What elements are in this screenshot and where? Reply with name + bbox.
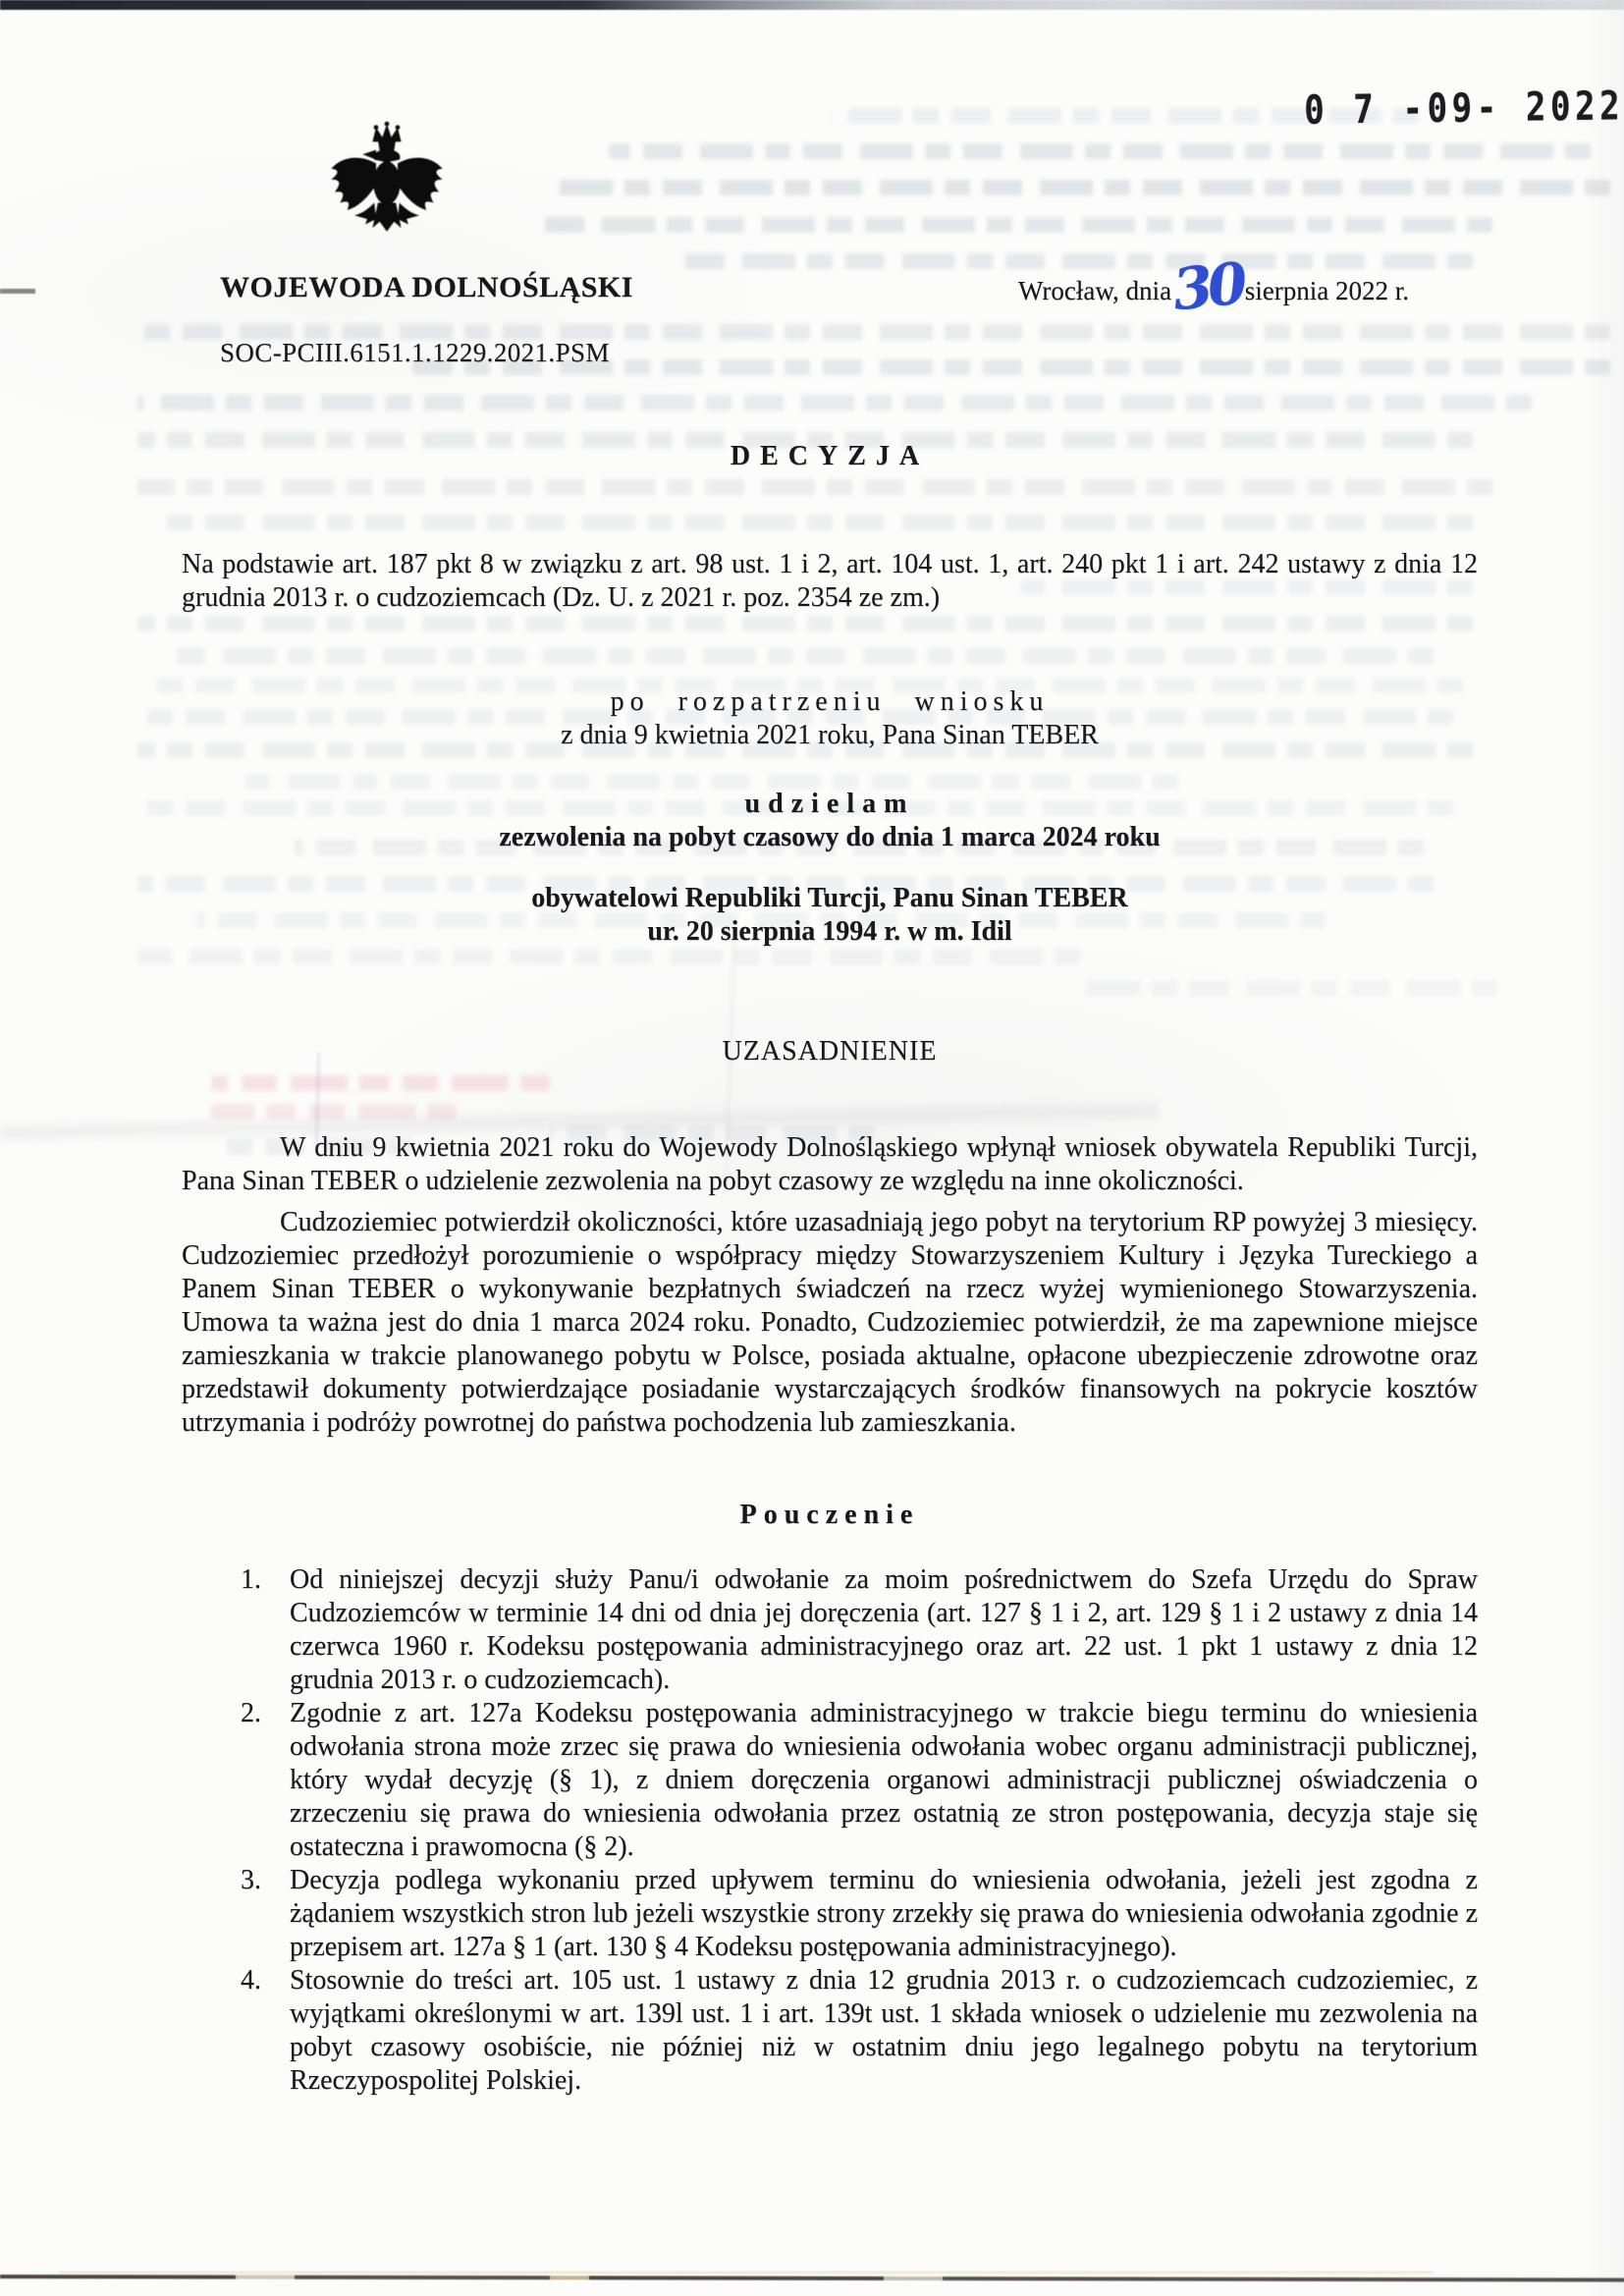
scan-left-dash [0, 289, 35, 294]
case-reference-number: SOC-PCIII.6151.1.1229.2021.PSM [220, 338, 610, 368]
application-info-line: z dnia 9 kwietnia 2021 roku, Pana Sinan … [182, 719, 1478, 752]
scan-bottom-edge [0, 2274, 1624, 2282]
instruction-item: 4. Stosownie do treści art. 105 ust. 1 u… [241, 1964, 1478, 2098]
text-bleed-through [137, 395, 1532, 410]
justification-paragraphs: W dniu 9 kwietnia 2021 roku do Wojewody … [182, 1131, 1478, 1455]
instruction-item: 2. Zgodnie z art. 127a Kodeksu postępowa… [241, 1697, 1478, 1864]
stamp-date-text: 0 7 -09- 2022 [1304, 83, 1624, 133]
instruction-item-text: Decyzja podlega wykonaniu przed upływem … [290, 1864, 1478, 1964]
instruction-item-number: 4. [241, 1964, 290, 2098]
scan-bottom-tint [59, 2271, 1434, 2273]
scan-top-edge [0, 0, 1624, 10]
document-body: DECYZJA Na podstawie art. 187 pkt 8 w zw… [182, 440, 1478, 2098]
text-bleed-through [545, 180, 1610, 195]
decision-title: DECYZJA [182, 440, 1478, 473]
instruction-item-text: Od niniejszej decyzji służy Panu/i odwoł… [290, 1563, 1478, 1697]
text-bleed-through [682, 253, 1473, 269]
justification-paragraph-1: W dniu 9 kwietnia 2021 roku do Wojewody … [182, 1131, 1478, 1198]
polish-eagle-emblem-icon [324, 120, 450, 255]
instruction-item-number: 3. [241, 1864, 290, 1964]
birth-info-line: ur. 20 sierpnia 1994 r. w m. Idil [182, 915, 1478, 949]
instruction-list: 1. Od niniejszej decyzji służy Panu/i od… [241, 1563, 1478, 2098]
place-date-suffix: sierpnia 2022 r. [1245, 276, 1409, 305]
justification-paragraph-2: Cudzoziemiec potwierdził okoliczności, k… [182, 1206, 1478, 1440]
place-and-date-line: Wrocław, dnia30sierpnia 2022 r. [1018, 276, 1409, 306]
justification-title: UZASADNIENIE [182, 1035, 1478, 1068]
issuing-authority: WOJEWODA DOLNOŚLĄSKI [220, 271, 633, 304]
handwritten-day: 30 [1173, 283, 1242, 290]
after-review-line: po rozpatrzeniu wniosku [182, 685, 1478, 719]
text-bleed-through [609, 143, 1591, 159]
received-date-stamp: 0 7 -09- 2022· [1304, 83, 1624, 134]
grant-verb-line: udzielam [182, 788, 1478, 821]
instruction-item-text: Stosownie do treści art. 105 ust. 1 usta… [290, 1964, 1478, 2098]
instruction-item: 3. Decyzja podlega wykonaniu przed upływ… [241, 1864, 1478, 1964]
instruction-item: 1. Od niniejszej decyzji służy Panu/i od… [241, 1563, 1478, 1697]
instruction-item-number: 1. [241, 1563, 290, 1697]
legal-basis-paragraph: Na podstawie art. 187 pkt 8 w związku z … [182, 548, 1478, 615]
beneficiary-line: obywatelowi Republiki Turcji, Panu Sinan… [182, 882, 1478, 915]
instruction-title: Pouczenie [182, 1499, 1478, 1532]
place-date-prefix: Wrocław, dnia [1018, 276, 1171, 305]
text-bleed-through [535, 217, 1492, 233]
scanned-decision-page: 0 7 -09- 2022· WOJEWODA DOLNOŚLĄSKI Wroc… [0, 0, 1624, 2296]
instruction-item-number: 2. [241, 1697, 290, 1864]
instruction-item-text: Zgodnie z art. 127a Kodeksu postępowania… [290, 1697, 1478, 1864]
grant-detail-line: zezwolenia na pobyt czasowy do dnia 1 ma… [182, 821, 1478, 854]
